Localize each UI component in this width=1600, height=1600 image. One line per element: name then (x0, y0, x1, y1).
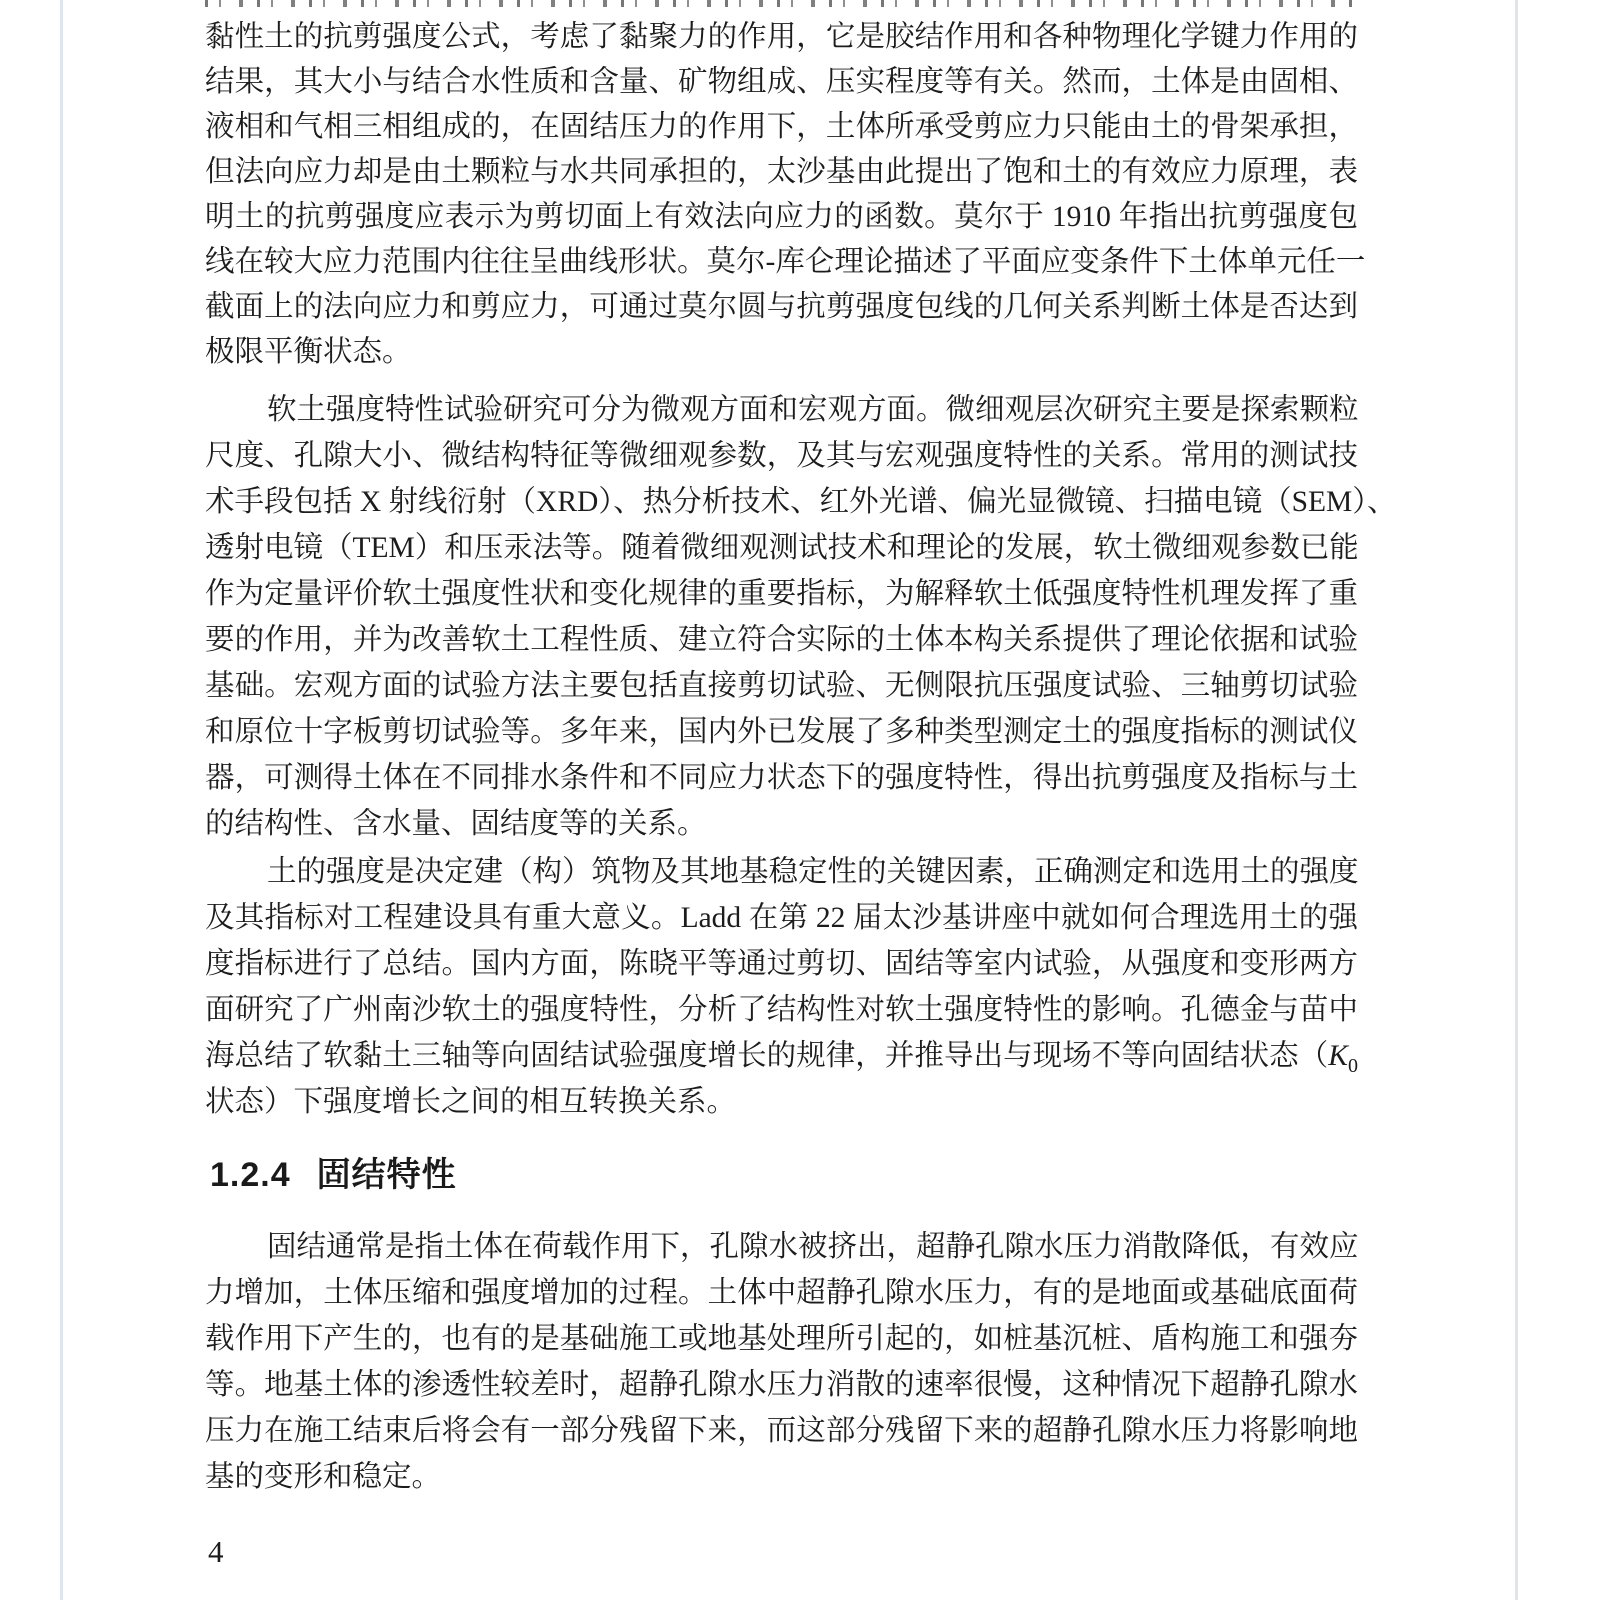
text-line: 要的作用，并为改善软土工程性质、建立符合实际的土体本构关系提供了理论依据和试验 (205, 617, 1358, 663)
paragraph-consolidation: 固结通常是指土体在荷载作用下，孔隙水被挤出，超静孔隙水压力消散降低，有效应 力增… (205, 1224, 1358, 1500)
text-line: 黏性土的抗剪强度公式，考虑了黏聚力的作用，它是胶结作用和各种物理化学键力作用的 (205, 15, 1358, 60)
section-heading: 1.2.4固结特性 (210, 1150, 1363, 1200)
text-line: 状态）下强度增长之间的相互转换关系。 (205, 1079, 1358, 1125)
text-line: 等。地基土体的渗透性较差时，超静孔隙水压力消散的速率很慢，这种情况下超静孔隙水 (205, 1362, 1358, 1408)
text-line: 尺度、孔隙大小、微结构特征等微细观参数，及其与宏观强度特性的关系。常用的测试技 (205, 433, 1358, 479)
text-segment: 海总结了软黏土三轴等向固结试验强度增长的规律，并推导出与现场不等向固结状态（ (205, 1040, 1328, 1072)
paragraph-shear-strength-continuation: 黏性土的抗剪强度公式，考虑了黏聚力的作用，它是胶结作用和各种物理化学键力作用的 … (205, 15, 1358, 375)
page-number: 4 (208, 1532, 224, 1572)
paragraph-strength-selection: 土的强度是决定建（构）筑物及其地基稳定性的关键因素，正确测定和选用土的强度 及其… (205, 849, 1358, 1125)
paragraph-test-methods: 软土强度特性试验研究可分为微观方面和宏观方面。微细观层次研究主要是探索颗粒 尺度… (205, 387, 1358, 847)
variable-k: K (1328, 1040, 1348, 1072)
text-line: 及其指标对工程建设具有重大意义。Ladd 在第 22 届太沙基讲座中就如何合理选… (205, 895, 1358, 941)
text-line: 截面上的法向应力和剪应力，可通过莫尔圆与抗剪强度包线的几何关系判断土体是否达到 (205, 285, 1358, 330)
text-line: 透射电镜（TEM）和压汞法等。随着微细观测试技术和理论的发展，软土微细观参数已能 (205, 525, 1358, 571)
text-line: 结果，其大小与结合水性质和含量、矿物组成、压实程度等有关。然而，土体是由固相、 (205, 60, 1358, 105)
text-line: 但法向应力却是由土颗粒与水共同承担的，太沙基由此提出了饱和土的有效应力原理，表 (205, 150, 1358, 195)
text-line: 的结构性、含水量、固结度等的关系。 (205, 801, 1358, 847)
clipped-text-remnant (205, 0, 1358, 7)
text-line: 术手段包括 X 射线衍射（XRD）、热分析技术、红外光谱、偏光显微镜、扫描电镜（… (205, 479, 1358, 525)
text-line: 线在较大应力范围内往往呈曲线形状。莫尔-库仑理论描述了平面应变条件下土体单元任一 (205, 240, 1358, 285)
text-line: 土的强度是决定建（构）筑物及其地基稳定性的关键因素，正确测定和选用土的强度 (205, 849, 1358, 895)
right-page-edge-line (1515, 0, 1518, 1600)
text-line: 软土强度特性试验研究可分为微观方面和宏观方面。微细观层次研究主要是探索颗粒 (205, 387, 1358, 433)
document-page: 黏性土的抗剪强度公式，考虑了黏聚力的作用，它是胶结作用和各种物理化学键力作用的 … (0, 0, 1600, 1600)
section-title: 固结特性 (317, 1156, 457, 1194)
text-line: 压力在施工结束后将会有一部分残留下来，而这部分残留下来的超静孔隙水压力将影响地 (205, 1408, 1358, 1454)
text-line: 固结通常是指土体在荷载作用下，孔隙水被挤出，超静孔隙水压力消散降低，有效应 (205, 1224, 1358, 1270)
text-line: 明土的抗剪强度应表示为剪切面上有效法向应力的函数。莫尔于 1910 年指出抗剪强… (205, 195, 1358, 240)
text-line: 作为定量评价软土强度性状和变化规律的重要指标，为解释软土低强度特性机理发挥了重 (205, 571, 1358, 617)
text-line: 器，可测得土体在不同排水条件和不同应力状态下的强度特性，得出抗剪强度及指标与土 (205, 755, 1358, 801)
variable-k-subscript: 0 (1348, 1055, 1358, 1077)
text-line-with-formula: 海总结了软黏土三轴等向固结试验强度增长的规律，并推导出与现场不等向固结状态（K0 (205, 1033, 1358, 1079)
section-number: 1.2.4 (210, 1156, 291, 1194)
text-line: 基础。宏观方面的试验方法主要包括直接剪切试验、无侧限抗压强度试验、三轴剪切试验 (205, 663, 1358, 709)
text-line: 极限平衡状态。 (205, 330, 1358, 375)
text-line: 度指标进行了总结。国内方面，陈晓平等通过剪切、固结等室内试验，从强度和变形两方 (205, 941, 1358, 987)
left-page-edge-line (60, 0, 63, 1600)
text-line: 载作用下产生的，也有的是基础施工或地基处理所引起的，如桩基沉桩、盾构施工和强夯 (205, 1316, 1358, 1362)
text-line: 基的变形和稳定。 (205, 1454, 1358, 1500)
text-line: 和原位十字板剪切试验等。多年来，国内外已发展了多种类型测定土的强度指标的测试仪 (205, 709, 1358, 755)
text-line: 面研究了广州南沙软土的强度特性，分析了结构性对软土强度特性的影响。孔德金与苗中 (205, 987, 1358, 1033)
text-line: 力增加，土体压缩和强度增加的过程。土体中超静孔隙水压力，有的是地面或基础底面荷 (205, 1270, 1358, 1316)
text-line: 液相和气相三相组成的，在固结压力的作用下，土体所承受剪应力只能由土的骨架承担， (205, 105, 1358, 150)
